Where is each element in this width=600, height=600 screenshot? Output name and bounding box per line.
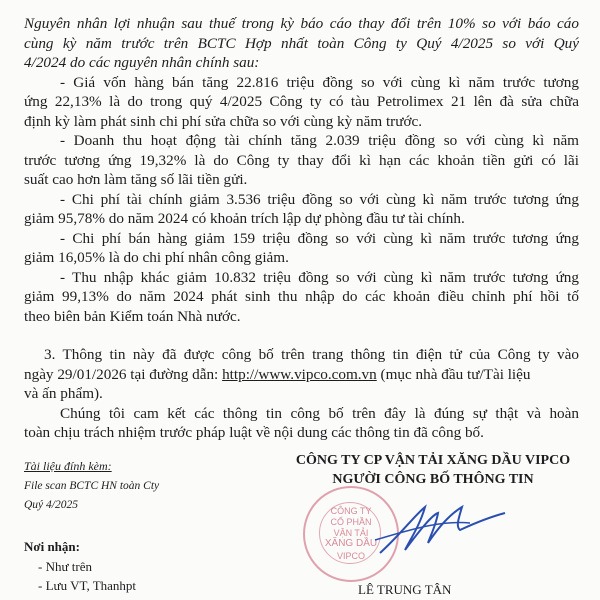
reason-line: trước tương ứng 19,32% là do Công ty tha… (24, 151, 579, 171)
item-3-line: ngày 29/01/2026 tại đường dẫn: http://ww… (24, 365, 579, 385)
commitment-line: Chúng tôi cam kết các thông tin công bố … (60, 404, 579, 424)
attachments-title: Tài liệu đính kèm: (24, 459, 112, 474)
item-3-line: và ấn phẩm). (24, 384, 579, 404)
commitment-line: toàn chịu trách nhiệm trước pháp luật về… (24, 423, 579, 443)
recipient-item: - Như trên (38, 559, 92, 575)
item-3-line: 3. Thông tin này đã được công bố trên tr… (44, 345, 579, 365)
recipients-title: Nơi nhận: (24, 539, 80, 555)
company-name: CÔNG TY CP VẬN TẢI XĂNG DẦU VIPCO (283, 453, 583, 469)
reason-line: - Chi phí tài chính giảm 3.536 triệu đồn… (60, 190, 579, 210)
attachment-item: File scan BCTC HN toàn Cty (24, 480, 159, 492)
item-3-text: ngày 29/01/2026 tại đường dẫn: (24, 366, 222, 383)
reason-line: - Chi phí bán hàng giảm 159 triệu đồng s… (60, 229, 579, 249)
intro-line: 4/2024 do các nguyên nhân chính sau: (24, 53, 579, 73)
reason-line: - Giá vốn hàng bán tăng 22.816 triệu đồn… (60, 73, 579, 93)
reason-line: theo biên bản Kiểm toán Nhà nước. (24, 307, 579, 327)
signer-name: LÊ TRUNG TÂN (358, 582, 451, 598)
signer-role: NGƯỜI CÔNG BỐ THÔNG TIN (283, 472, 583, 488)
reason-line: giảm 16,05% là do chi phí nhân công giảm… (24, 248, 579, 268)
reason-line: suất cao hơn làm tăng số lãi tiền gửi. (24, 170, 579, 190)
handwritten-signature-icon (370, 495, 510, 565)
reason-line: - Doanh thu hoạt động tài chính tăng 2.0… (60, 131, 579, 151)
intro-line: cùng kỳ năm trước trên BCTC Hợp nhất toà… (24, 34, 579, 54)
reason-line: định kỳ làm phát sinh chi phí sửa chữa s… (24, 112, 579, 132)
reason-line: ứng 22,13% là do trong quý 4/2025 Công t… (24, 92, 579, 112)
reason-line: giảm 99,13% do năm 2024 phát sinh thu nh… (24, 287, 579, 307)
attachment-item: Quý 4/2025 (24, 499, 78, 511)
website-link[interactable]: http://www.vipco.com.vn (222, 366, 377, 383)
recipient-item: - Lưu VT, Thanhpt (38, 578, 136, 594)
reason-line: giảm 95,78% do năm 2024 có khoản trích l… (24, 209, 579, 229)
intro-line: Nguyên nhân lợi nhuận sau thuế trong kỳ … (24, 14, 579, 34)
item-3-text: (mục nhà đầu tư/Tài liệu (377, 366, 531, 383)
reason-line: - Thu nhập khác giảm 10.832 triệu đồng s… (60, 268, 579, 288)
